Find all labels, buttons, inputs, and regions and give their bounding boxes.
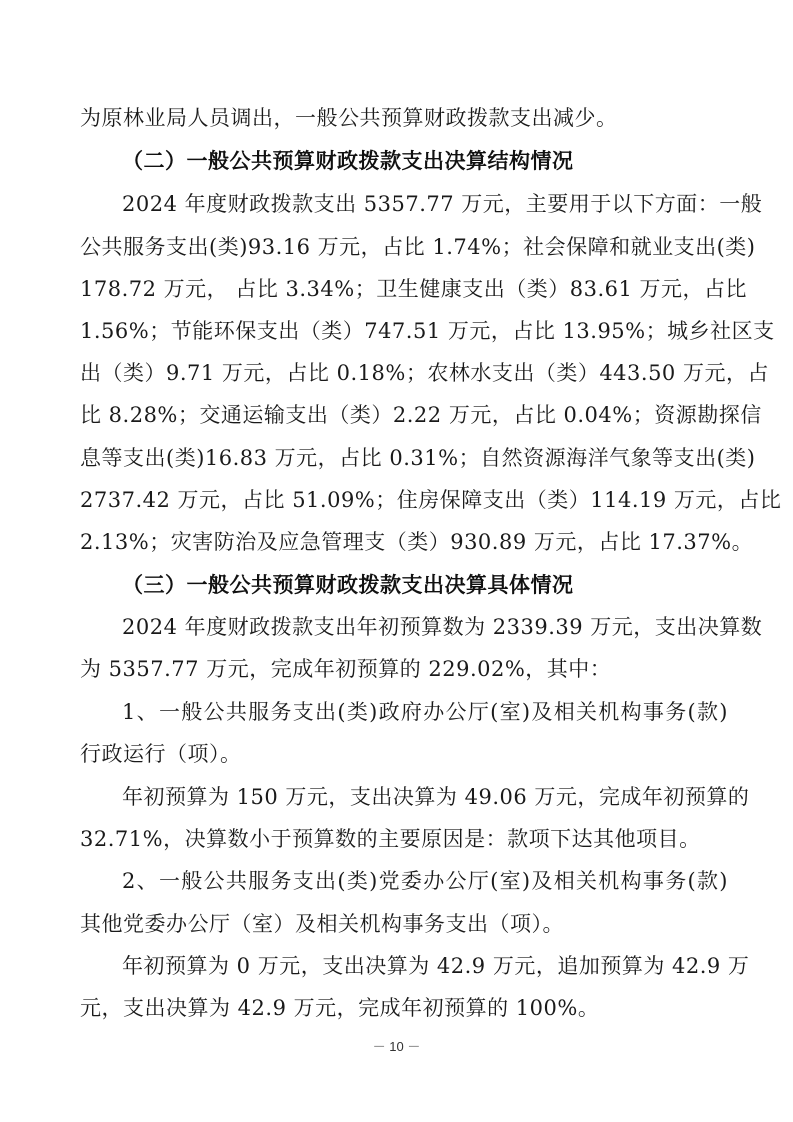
section-heading-structure: （二）一般公共预算财政拨款支出决算结构情况: [122, 146, 574, 176]
item-detail-line: 元，支出决算为 42.9 万元，完成年初预算的 100%。: [80, 993, 728, 1023]
body-text-line: 2024 年度财政拨款支出 5357.77 万元，主要用于以下方面：一般: [122, 189, 728, 219]
body-text-line: 为原林业局人员调出，一般公共预算财政拨款支出减少。: [80, 103, 728, 133]
body-text-line: 公共服务支出(类)93.16 万元，占比 1.74%；社会保障和就业支出(类): [80, 232, 728, 262]
item-title-line: 2、一般公共服务支出(类)党委办公厅(室)及相关机构事务(款): [122, 866, 728, 896]
body-text-line: 出（类）9.71 万元，占比 0.18%；农林水支出（类）443.50 万元，占: [80, 358, 728, 388]
body-text-line: 比 8.28%；交通运输支出（类）2.22 万元，占比 0.04%；资源勘探信: [80, 400, 728, 430]
item-detail-line: 年初预算为 150 万元，支出决算为 49.06 万元，完成年初预算的: [122, 782, 728, 812]
item-title-line: 其他党委办公厅（室）及相关机构事务支出（项）。: [80, 909, 728, 939]
body-text-line: 178.72 万元， 占比 3.34%；卫生健康支出（类）83.61 万元，占比: [80, 274, 728, 304]
body-text-line: 息等支出(类)16.83 万元，占比 0.31%；自然资源海洋气象等支出(类): [80, 443, 728, 473]
page-number: － 10 －: [0, 1036, 793, 1055]
item-detail-line: 32.71%，决算数小于预算数的主要原因是：款项下达其他项目。: [80, 824, 728, 854]
item-title-line: 1、一般公共服务支出(类)政府办公厅(室)及相关机构事务(款): [122, 697, 728, 727]
section-heading-detail: （三）一般公共预算财政拨款支出决算具体情况: [122, 570, 574, 600]
body-text-line: 2.13%；灾害防治及应急管理支（类）930.89 万元，占比 17.37%。: [80, 527, 728, 557]
item-title-line: 行政运行（项）。: [80, 739, 728, 769]
body-text-line: 1.56%；节能环保支出（类）747.51 万元，占比 13.95%；城乡社区支: [80, 316, 728, 346]
document-page: 为原林业局人员调出，一般公共预算财政拨款支出减少。 （二）一般公共预算财政拨款支…: [0, 0, 793, 1122]
item-detail-line: 年初预算为 0 万元，支出决算为 42.9 万元，追加预算为 42.9 万: [122, 951, 728, 981]
body-text-line: 2024 年度财政拨款支出年初预算数为 2339.39 万元，支出决算数: [122, 612, 728, 642]
body-text-line: 为 5357.77 万元，完成年初预算的 229.02%，其中：: [80, 654, 728, 684]
body-text-line: 2737.42 万元，占比 51.09%；住房保障支出（类）114.19 万元，…: [80, 485, 728, 515]
